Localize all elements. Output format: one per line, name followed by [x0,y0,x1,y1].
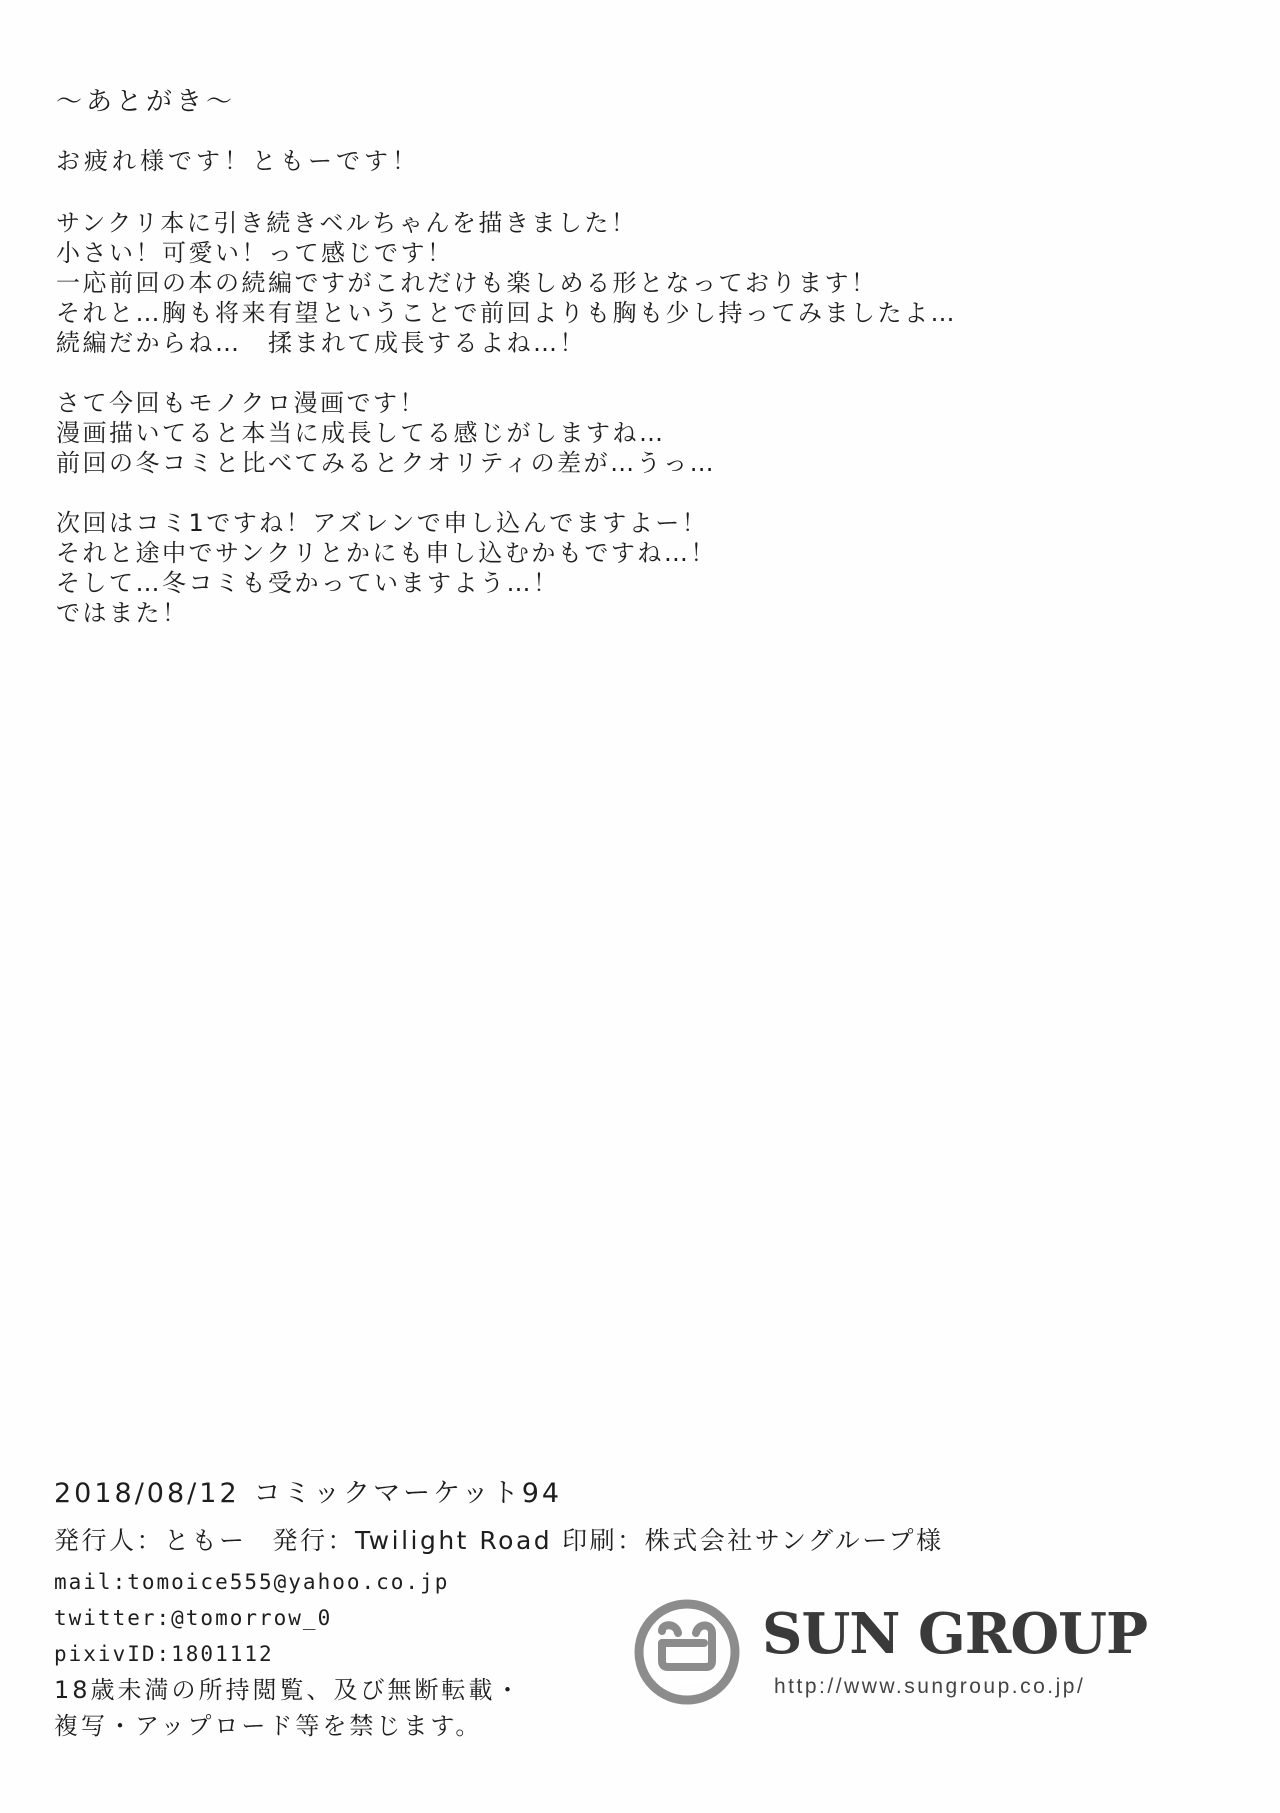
afterword-paragraph: さて今回もモノクロ漫画です！ 漫画描いてると本当に成長してる感じがしますね… 前… [56,388,1156,478]
afterword-paragraph: サンクリ本に引き続きベルちゃんを描きました！ 小さい！可愛い！って感じです！ 一… [56,208,1156,358]
afterword-greeting: お疲れ様です！ともーです！ [56,144,1156,178]
afterword-line: 小さい！可愛い！って感じです！ [56,238,1156,268]
afterword-line: ではまた！ [56,598,1156,628]
afterword-line: 次回はコミ1ですね！アズレンで申し込んでますよー！ [56,508,1156,538]
author-name: ともー [164,1526,247,1555]
afterword-line: 一応前回の本の続編ですがこれだけも楽しめる形となっております！ [56,268,1156,298]
afterword-line: 続編だからね… 揉まれて成長するよね…！ [56,328,1156,358]
afterword-section: ～あとがき～ お疲れ様です！ともーです！ サンクリ本に引き続きベルちゃんを描きま… [56,82,1156,658]
afterword-page: ～あとがき～ お疲れ様です！ともーです！ サンクリ本に引き続きベルちゃんを描きま… [0,0,1280,1813]
event-line: 2018/08/12コミックマーケット94 [54,1474,1254,1514]
printer-label: 印刷： [562,1526,645,1555]
mail-address: mail:tomoice555@yahoo.co.jp [54,1564,1254,1600]
publisher-label: 発行： [273,1526,356,1555]
afterword-paragraph: 次回はコミ1ですね！アズレンで申し込んでますよー！ それと途中でサンクリとかにも… [56,508,1156,628]
printer-name: 株式会社サングループ様 [645,1526,944,1555]
printer-logo-url: http://www.sungroup.co.jp/ [774,1675,1085,1699]
afterword-line: そして…冬コミも受かっていますよう…！ [56,568,1156,598]
event-name: コミックマーケット94 [254,1478,562,1509]
afterword-line: 前回の冬コミと比べてみるとクオリティの差が…うっ… [56,448,1156,478]
afterword-title: ～あとがき～ [56,82,1156,122]
printer-logo: SUN GROUP http://www.sungroup.co.jp/ [632,1597,1232,1707]
copyright-notice: 複写・アップロード等を禁じます。 [54,1708,1254,1744]
publisher-line: 発行人：ともー発行：Twilight Road印刷：株式会社サングループ様 [54,1522,1254,1560]
afterword-line: さて今回もモノクロ漫画です！ [56,388,1156,418]
sun-group-logo-icon [632,1597,742,1707]
printer-logo-name: SUN GROUP [762,1599,1147,1669]
release-date: 2018/08/12 [54,1478,240,1509]
publisher-name: Twilight Road [355,1526,552,1555]
afterword-line: 漫画描いてると本当に成長してる感じがしますね… [56,418,1156,448]
afterword-line: それと途中でサンクリとかにも申し込むかもですね…！ [56,538,1156,568]
afterword-line: それと…胸も将来有望ということで前回よりも胸も少し持ってみましたよ… [56,298,1156,328]
author-label: 発行人： [54,1526,164,1555]
afterword-line: サンクリ本に引き続きベルちゃんを描きました！ [56,208,1156,238]
